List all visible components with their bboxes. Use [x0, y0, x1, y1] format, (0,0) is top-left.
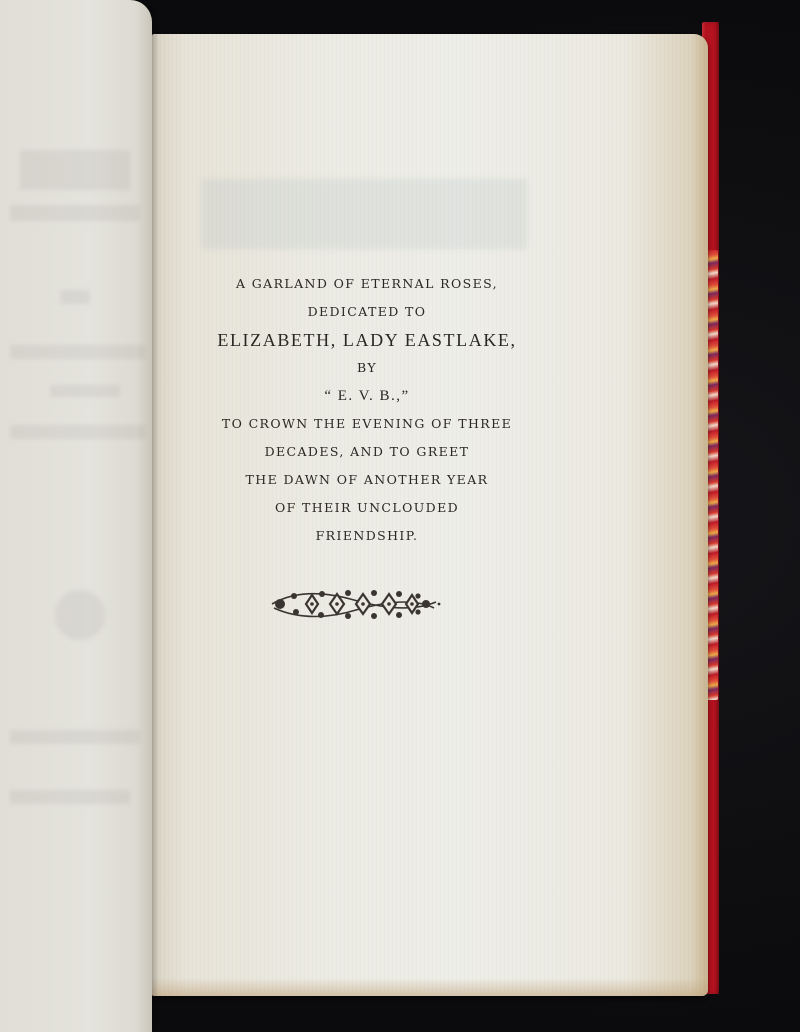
dedication-text: A GARLAND OF ETERNAL ROSES, DEDICATED TO…: [152, 270, 582, 550]
book-photo: A GARLAND OF ETERNAL ROSES, DEDICATED TO…: [0, 0, 800, 1032]
dedication-line-1: A GARLAND OF ETERNAL ROSES,: [152, 270, 582, 298]
ghost-text-line: [60, 290, 90, 304]
dedication-line-7: DECADES, AND TO GREET: [152, 438, 582, 466]
ghost-text-line: [10, 730, 140, 744]
ghost-text-line: [10, 790, 130, 804]
dedication-line-2: DEDICATED TO: [152, 298, 582, 326]
ghost-text-line: [10, 425, 145, 439]
author-initials: “ E. V. B.,”: [152, 382, 582, 410]
dedication-line-8: THE DAWN OF ANOTHER YEAR: [152, 466, 582, 494]
dedicatee-name: ELIZABETH, LADY EASTLAKE,: [152, 326, 582, 354]
ghost-text-line: [50, 385, 120, 397]
ghost-text-line: [10, 205, 140, 221]
ghost-text-line: [10, 345, 145, 359]
facing-page-curl: [0, 0, 152, 1032]
ghost-text-block: [20, 150, 130, 190]
dedication-line-10: FRIENDSHIP.: [152, 522, 582, 550]
floral-garland-icon: [266, 582, 442, 626]
dedication-line-by: BY: [152, 354, 582, 382]
dedication-line-9: OF THEIR UNCLOUDED: [152, 494, 582, 522]
show-through-shadow: [202, 179, 527, 249]
ghost-ornament: [55, 590, 105, 640]
dedication-line-6: TO CROWN THE EVENING OF THREE: [152, 410, 582, 438]
